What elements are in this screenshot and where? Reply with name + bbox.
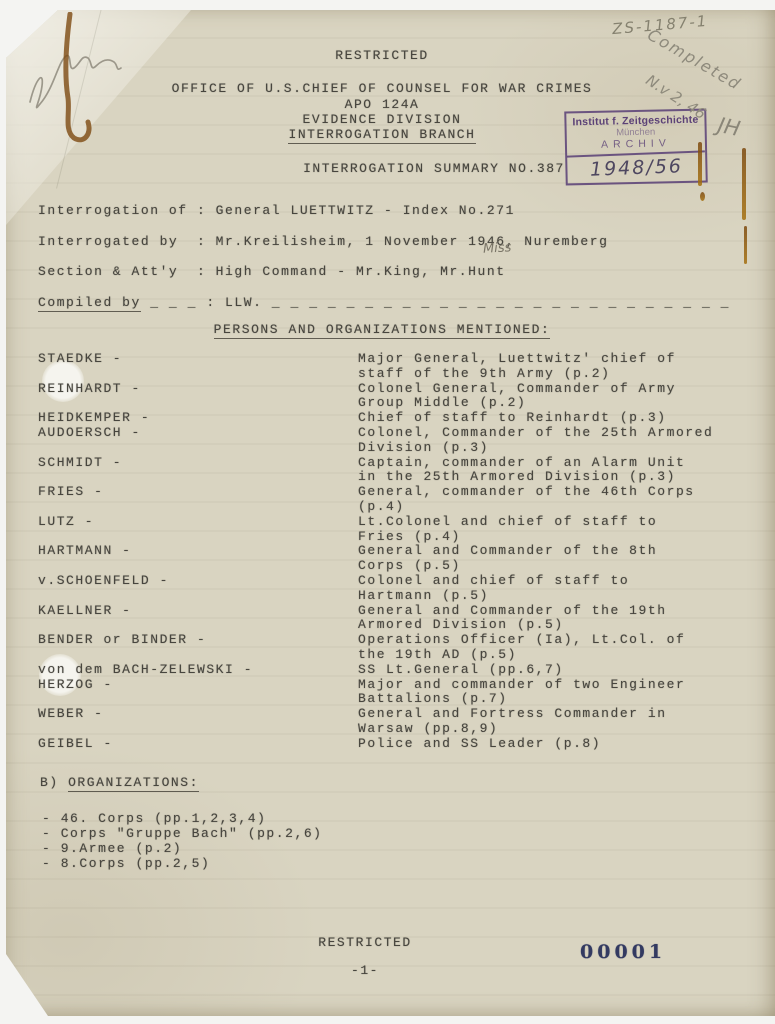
person-name: HEIDKEMPER - bbox=[38, 411, 358, 426]
persons-list: STAEDKE -Major General, Luettwitz' chief… bbox=[38, 352, 748, 752]
handwritten-miss-note: Miss bbox=[483, 240, 512, 256]
person-name: AUDOERSCH - bbox=[38, 426, 358, 441]
section-atty-line: Section & Att'y : High Command - Mr.King… bbox=[38, 257, 730, 288]
person-desc: Chief of staff to Reinhardt (p.3) bbox=[358, 411, 743, 426]
screenshot-root: { "classification": { "top": "RESTRICTED… bbox=[0, 0, 775, 1024]
person-desc: Captain, commander of an Alarm Unit in t… bbox=[358, 456, 743, 486]
person-name: REINHARDT - bbox=[38, 382, 358, 397]
organizations-heading: B) ORGANIZATIONS: bbox=[40, 775, 199, 790]
person-row: FRIES -General, commander of the 46th Co… bbox=[38, 485, 748, 515]
person-row: BENDER or BINDER -Operations Officer (Ia… bbox=[38, 633, 748, 663]
person-row: von dem BACH-ZELEWSKI -SS Lt.General (pp… bbox=[38, 663, 748, 678]
serial-number-stamp: 00001 bbox=[580, 941, 666, 963]
person-name: LUTZ - bbox=[38, 515, 358, 530]
page-number: -1- bbox=[6, 963, 724, 978]
person-row: REINHARDT -Colonel General, Commander of… bbox=[38, 382, 748, 412]
person-row: GEIBEL -Police and SS Leader (p.8) bbox=[38, 737, 748, 752]
person-name: KAELLNER - bbox=[38, 604, 358, 619]
organization-item: - 9.Armee (p.2) bbox=[42, 842, 323, 857]
organization-item: - 46. Corps (pp.1,2,3,4) bbox=[42, 812, 323, 827]
person-name: GEIBEL - bbox=[38, 737, 358, 752]
person-name: HARTMANN - bbox=[38, 544, 358, 559]
person-row: SCHMIDT -Captain, commander of an Alarm … bbox=[38, 456, 748, 486]
person-desc: General, commander of the 46th Corps (p.… bbox=[358, 485, 743, 515]
compiled-by-value: _ _ _ : LLW. _ _ _ _ _ _ _ _ _ _ _ _ _ _… bbox=[141, 295, 730, 310]
interrogation-of-line: Interrogation of : General LUETTWITZ - I… bbox=[38, 196, 730, 227]
stamp-reference-number: 1948/56 bbox=[567, 150, 706, 184]
organizations-heading-text: ORGANIZATIONS: bbox=[68, 775, 199, 792]
metadata-block: Interrogation of : General LUETTWITZ - I… bbox=[38, 196, 730, 319]
organization-item: - Corps "Gruppe Bach" (pp.2,6) bbox=[42, 827, 323, 842]
person-desc: Colonel General, Commander of Army Group… bbox=[358, 382, 743, 412]
rust-drip bbox=[700, 192, 705, 201]
person-row: KAELLNER -General and Commander of the 1… bbox=[38, 604, 748, 634]
compiled-by-label: Compiled by bbox=[38, 295, 141, 312]
person-name: v.SCHOENFELD - bbox=[38, 574, 358, 589]
person-desc: SS Lt.General (pp.6,7) bbox=[358, 663, 743, 678]
document-page: RESTRICTED OFFICE OF U.S.CHIEF OF COUNSE… bbox=[6, 10, 775, 1016]
person-row: v.SCHOENFELD -Colonel and chief of staff… bbox=[38, 574, 748, 604]
person-row: WEBER -General and Fortress Commander in… bbox=[38, 707, 748, 737]
person-desc: Colonel, Commander of the 25th Armored D… bbox=[358, 426, 743, 456]
person-name: BENDER or BINDER - bbox=[38, 633, 358, 648]
person-desc: General and Fortress Commander in Warsaw… bbox=[358, 707, 743, 737]
person-row: AUDOERSCH -Colonel, Commander of the 25t… bbox=[38, 426, 748, 456]
branch-underlined-text: INTERROGATION BRANCH bbox=[288, 127, 475, 144]
interrogated-by-line: Interrogated by : Mr.Kreilisheim, 1 Nove… bbox=[38, 227, 730, 258]
person-desc: Colonel and chief of staff to Hartmann (… bbox=[358, 574, 743, 604]
person-name: von dem BACH-ZELEWSKI - bbox=[38, 663, 358, 678]
rust-drip bbox=[744, 226, 747, 264]
person-name: HERZOG - bbox=[38, 678, 358, 693]
person-row: HERZOG -Major and commander of two Engin… bbox=[38, 678, 748, 708]
person-desc: General and Commander of the 19th Armore… bbox=[358, 604, 743, 634]
person-name: WEBER - bbox=[38, 707, 358, 722]
person-desc: Lt.Colonel and chief of staff to Fries (… bbox=[358, 515, 743, 545]
person-row: STAEDKE -Major General, Luettwitz' chief… bbox=[38, 352, 748, 382]
person-row: HEIDKEMPER -Chief of staff to Reinhardt … bbox=[38, 411, 748, 426]
persons-heading-text: PERSONS AND ORGANIZATIONS MENTIONED: bbox=[214, 322, 551, 339]
person-row: HARTMANN -General and Commander of the 8… bbox=[38, 544, 748, 574]
organizations-heading-prefix: B) bbox=[40, 775, 68, 790]
person-desc: Major and commander of two Engineer Batt… bbox=[358, 678, 743, 708]
person-name: STAEDKE - bbox=[38, 352, 358, 367]
person-name: SCHMIDT - bbox=[38, 456, 358, 471]
person-desc: Operations Officer (Ia), Lt.Col. of the … bbox=[358, 633, 743, 663]
persons-heading: PERSONS AND ORGANIZATIONS MENTIONED: bbox=[6, 322, 758, 337]
person-desc: General and Commander of the 8th Corps (… bbox=[358, 544, 743, 574]
person-row: LUTZ -Lt.Colonel and chief of staff to F… bbox=[38, 515, 748, 545]
organization-item: - 8.Corps (pp.2,5) bbox=[42, 857, 323, 872]
person-desc: Major General, Luettwitz' chief of staff… bbox=[358, 352, 743, 382]
person-name: FRIES - bbox=[38, 485, 358, 500]
rust-drip bbox=[698, 142, 702, 186]
classification-top: RESTRICTED bbox=[6, 48, 758, 63]
compiled-by-line: Compiled by _ _ _ : LLW. _ _ _ _ _ _ _ _… bbox=[38, 288, 730, 319]
archive-stamp: Institut f. Zeitgeschichte München ARCHI… bbox=[564, 109, 708, 186]
organizations-list: - 46. Corps (pp.1,2,3,4) - Corps "Gruppe… bbox=[42, 812, 323, 872]
rust-drip bbox=[742, 148, 746, 220]
person-desc: Police and SS Leader (p.8) bbox=[358, 737, 743, 752]
